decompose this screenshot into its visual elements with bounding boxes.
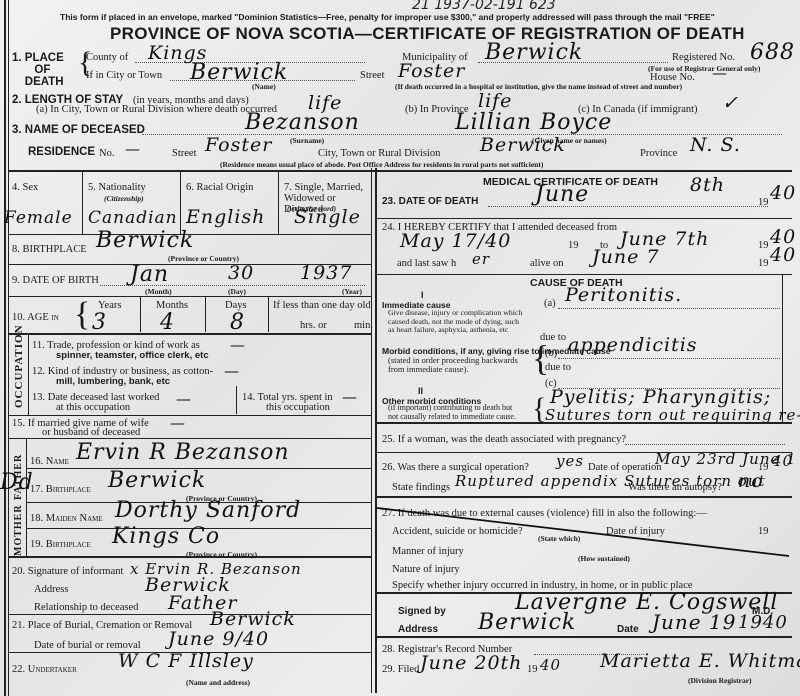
alive-label: alive on bbox=[530, 258, 564, 269]
burial-place-label: 21. Place of Burial, Cremation or Remova… bbox=[12, 620, 192, 631]
row-divider bbox=[8, 438, 371, 439]
racial-label: 6. Racial Origin bbox=[186, 182, 253, 193]
age-days: 8 bbox=[230, 310, 245, 335]
section-divider bbox=[8, 170, 792, 172]
residence-province-label: Province bbox=[640, 148, 677, 159]
q14-label-b: this occupation bbox=[266, 402, 330, 413]
col-divider bbox=[180, 172, 181, 234]
q25-label: 25. If a woman, was the death associated… bbox=[382, 434, 626, 445]
row-divider bbox=[377, 274, 792, 275]
street-value: Foster bbox=[398, 60, 465, 82]
birthplace-label: 8. BIRTHPLACE bbox=[12, 244, 87, 255]
q15-label-b: or husband of deceased bbox=[42, 427, 140, 438]
parents-divider bbox=[26, 438, 27, 556]
dob-label: 9. DATE OF BIRTH bbox=[12, 275, 99, 286]
age-brace: { bbox=[74, 296, 90, 334]
registered-label: Registered No. bbox=[672, 52, 735, 63]
cause-ii-mark: II bbox=[418, 386, 423, 396]
margin-mark: Dd bbox=[0, 470, 34, 495]
left-border-inner bbox=[8, 0, 9, 696]
municipality-value: Berwick bbox=[485, 40, 583, 65]
nationality-value: Canadian bbox=[88, 208, 178, 228]
father-birthplace: Berwick bbox=[108, 468, 206, 493]
less-than-day-label: If less than one day old bbox=[273, 300, 371, 311]
house-value: — bbox=[712, 64, 728, 82]
q13-label-b: at this occupation bbox=[56, 402, 130, 413]
q11-value: — bbox=[230, 336, 246, 354]
q12-value: — bbox=[224, 362, 240, 380]
relationship-label: Relationship to deceased bbox=[34, 602, 138, 613]
q25-line bbox=[625, 444, 785, 445]
father-name-label: 16. Name bbox=[30, 456, 69, 467]
birthplace-value: Berwick bbox=[96, 228, 194, 253]
mother-maiden-name: Dorthy Sanford bbox=[115, 498, 301, 523]
father-birthplace-label: 17. Birthplace bbox=[30, 484, 91, 495]
racial-value: English bbox=[186, 206, 265, 228]
burial-place: Berwick bbox=[210, 608, 296, 630]
father-name: Ervin R Bezanson bbox=[76, 440, 290, 465]
q12-label-b: mill, lumbering, bank, etc bbox=[56, 376, 170, 387]
day-caption: (Day) bbox=[228, 287, 246, 296]
age-label: 10. AGE in bbox=[12, 312, 59, 323]
last-saw-her: er bbox=[472, 250, 490, 268]
immediate-cause-desc: Give disease, injury or complication whi… bbox=[388, 309, 523, 335]
autopsy-value: no bbox=[738, 470, 764, 492]
mother-maiden-label: 18. Maiden Name bbox=[30, 513, 103, 524]
residence-street: Foster bbox=[205, 134, 272, 156]
residence-province: N. S. bbox=[690, 134, 741, 156]
col-divider bbox=[140, 296, 141, 332]
registered-number: 688 bbox=[750, 40, 795, 65]
stay-canada-value: ✓ bbox=[722, 92, 739, 114]
alive-year: 40 bbox=[770, 244, 796, 266]
residence-no: — bbox=[125, 140, 141, 158]
mother-birthplace-label: 19. Birthplace bbox=[30, 539, 91, 550]
filed-year: 40 bbox=[540, 656, 561, 674]
cause-a-line bbox=[558, 308, 780, 309]
col-divider bbox=[205, 296, 206, 332]
certificate-title: PROVINCE OF NOVA SCOTIA—CERTIFICATE OF R… bbox=[110, 24, 745, 44]
sign-date-label: Date bbox=[617, 624, 639, 635]
findings-label: State findings bbox=[392, 482, 450, 493]
residence-street-label: Street bbox=[172, 148, 197, 159]
residence-label: RESIDENCE bbox=[28, 146, 95, 158]
physician-address: Berwick bbox=[478, 610, 576, 635]
death-day: 8th bbox=[690, 174, 725, 196]
stay-province-value: life bbox=[478, 90, 512, 112]
physician-address-label: Address bbox=[398, 624, 438, 635]
cause-box-right bbox=[782, 274, 783, 422]
dob-year: 1937 bbox=[300, 262, 352, 284]
registrar-caption: (Division Registrar) bbox=[688, 676, 752, 685]
filed-label: 29. Filed bbox=[382, 664, 419, 675]
year-caption: (Year) bbox=[342, 287, 362, 296]
due-to-2: due to bbox=[545, 362, 571, 373]
death-date-line bbox=[488, 206, 768, 207]
cause-a-value: Peritonitis. bbox=[565, 284, 682, 306]
op-year: 40 bbox=[772, 452, 793, 470]
attended-year-prefix-1: 19 bbox=[568, 240, 579, 251]
q13-divider bbox=[236, 386, 237, 414]
surname-caption: (Surname) bbox=[290, 136, 324, 145]
age-years: 3 bbox=[92, 310, 107, 335]
nationality-label: 5. Nationality bbox=[88, 182, 146, 193]
nationality-sub: (Citizenship) bbox=[104, 194, 144, 203]
marital-value: Single bbox=[294, 206, 361, 228]
death-year: 40 bbox=[770, 182, 796, 204]
street-label: Street bbox=[360, 70, 385, 81]
col-divider bbox=[268, 296, 269, 332]
autopsy-label: Was there an autopsy? bbox=[628, 482, 722, 493]
deceased-given-names: Lillian Boyce bbox=[455, 110, 612, 135]
min-label: min. bbox=[354, 320, 373, 331]
name-caption: (Name) bbox=[252, 82, 276, 91]
hospital-note: (If death occurred in a hospital or inst… bbox=[395, 82, 682, 91]
filed-date: June 20th bbox=[420, 652, 522, 674]
col-divider bbox=[82, 172, 83, 234]
dob-month: Jan bbox=[130, 262, 169, 287]
q13-value: — bbox=[176, 390, 192, 408]
undertaker-caption: (Name and address) bbox=[186, 678, 250, 687]
registrar-signature: Marietta E. Whitman bbox=[600, 650, 800, 672]
dob-day: 30 bbox=[228, 262, 254, 284]
cause-i-mark: I bbox=[421, 290, 424, 300]
sex-value: Female bbox=[4, 208, 73, 228]
q14-value: — bbox=[342, 388, 358, 406]
q11-label-b: spinner, teamster, office clerk, etc bbox=[56, 350, 209, 361]
row-divider bbox=[8, 614, 371, 615]
last-saw-label: and last saw h bbox=[397, 258, 456, 269]
center-divider bbox=[375, 168, 377, 693]
deceased-name-label: 3. NAME OF DECEASED bbox=[12, 124, 145, 136]
row-divider bbox=[377, 218, 792, 219]
month-caption: (Month) bbox=[145, 287, 172, 296]
left-border bbox=[4, 0, 6, 696]
city-label: If in City or Town bbox=[86, 70, 162, 81]
undertaker-label: 22. Undertaker bbox=[12, 664, 77, 675]
mother-side-label: MOTHER bbox=[13, 504, 24, 556]
death-year-prefix: 19 bbox=[758, 197, 769, 208]
row-divider bbox=[8, 333, 371, 335]
residence-no-label: No. bbox=[99, 148, 114, 159]
undertaker-value: W C F Illsley bbox=[118, 650, 254, 672]
deceased-surname: Bezanson bbox=[245, 110, 360, 135]
residence-note: (Residence means usual place of abode. P… bbox=[220, 160, 543, 169]
alive-on: June 7 bbox=[592, 246, 659, 268]
attended-from: May 17/40 bbox=[400, 230, 511, 252]
cause-a-label: (a) bbox=[544, 298, 556, 309]
center-divider-inner bbox=[371, 168, 372, 693]
postal-notice: This form if placed in an envelope, mark… bbox=[60, 12, 715, 22]
other-morbid-desc: (if important) contributing to death but… bbox=[388, 404, 523, 421]
filed-year-prefix: 19 bbox=[527, 664, 538, 675]
residence-city-label: City, Town or Rural Division bbox=[318, 148, 440, 159]
row-divider bbox=[377, 636, 792, 638]
informant-label: 20. Signature of informant bbox=[12, 566, 123, 577]
informant-address-label: Address bbox=[34, 584, 68, 595]
q15-value: — bbox=[170, 414, 186, 432]
strike-through-line bbox=[377, 500, 797, 600]
stay-city-label: (a) In City, Town or Rural Division wher… bbox=[36, 104, 277, 115]
mother-birthplace: Kings Co bbox=[112, 524, 220, 549]
county-label: County of bbox=[86, 52, 128, 63]
sign-year: 1940 bbox=[738, 612, 788, 633]
residence-city: Berwick bbox=[480, 134, 566, 156]
cause-b-line bbox=[558, 358, 780, 359]
sign-date: June 19 bbox=[652, 610, 736, 634]
row-divider bbox=[377, 422, 792, 424]
signed-by-label: Signed by bbox=[398, 606, 446, 617]
burial-date: June 9/40 bbox=[168, 628, 269, 650]
row-divider bbox=[8, 415, 371, 416]
occupation-divider bbox=[28, 335, 29, 415]
death-certificate: 21 1937-02-191 623 This form if placed i… bbox=[0, 0, 800, 696]
place-of-death-label: 1. PLACE OF DEATH bbox=[12, 52, 64, 88]
hrs-label: hrs. or bbox=[300, 320, 327, 331]
row-divider bbox=[8, 296, 371, 297]
col-divider bbox=[278, 172, 279, 234]
death-month: June bbox=[535, 182, 589, 207]
sex-label: 4. Sex bbox=[12, 182, 38, 193]
attended-year-prefix-2: 19 bbox=[758, 240, 769, 251]
age-months: 4 bbox=[160, 310, 175, 335]
morbid-desc: (stated in order proceeding backwards fr… bbox=[388, 356, 523, 374]
occupation-side-label: OCCUPATION bbox=[13, 324, 25, 408]
death-date-label: 23. DATE OF DEATH bbox=[382, 196, 478, 207]
alive-year-prefix: 19 bbox=[758, 258, 769, 269]
row-divider bbox=[377, 496, 792, 498]
row-divider bbox=[8, 556, 371, 558]
other-condition-1: Pyelitis; Pharyngitis; bbox=[550, 386, 771, 408]
q26-answer: yes bbox=[556, 452, 584, 470]
